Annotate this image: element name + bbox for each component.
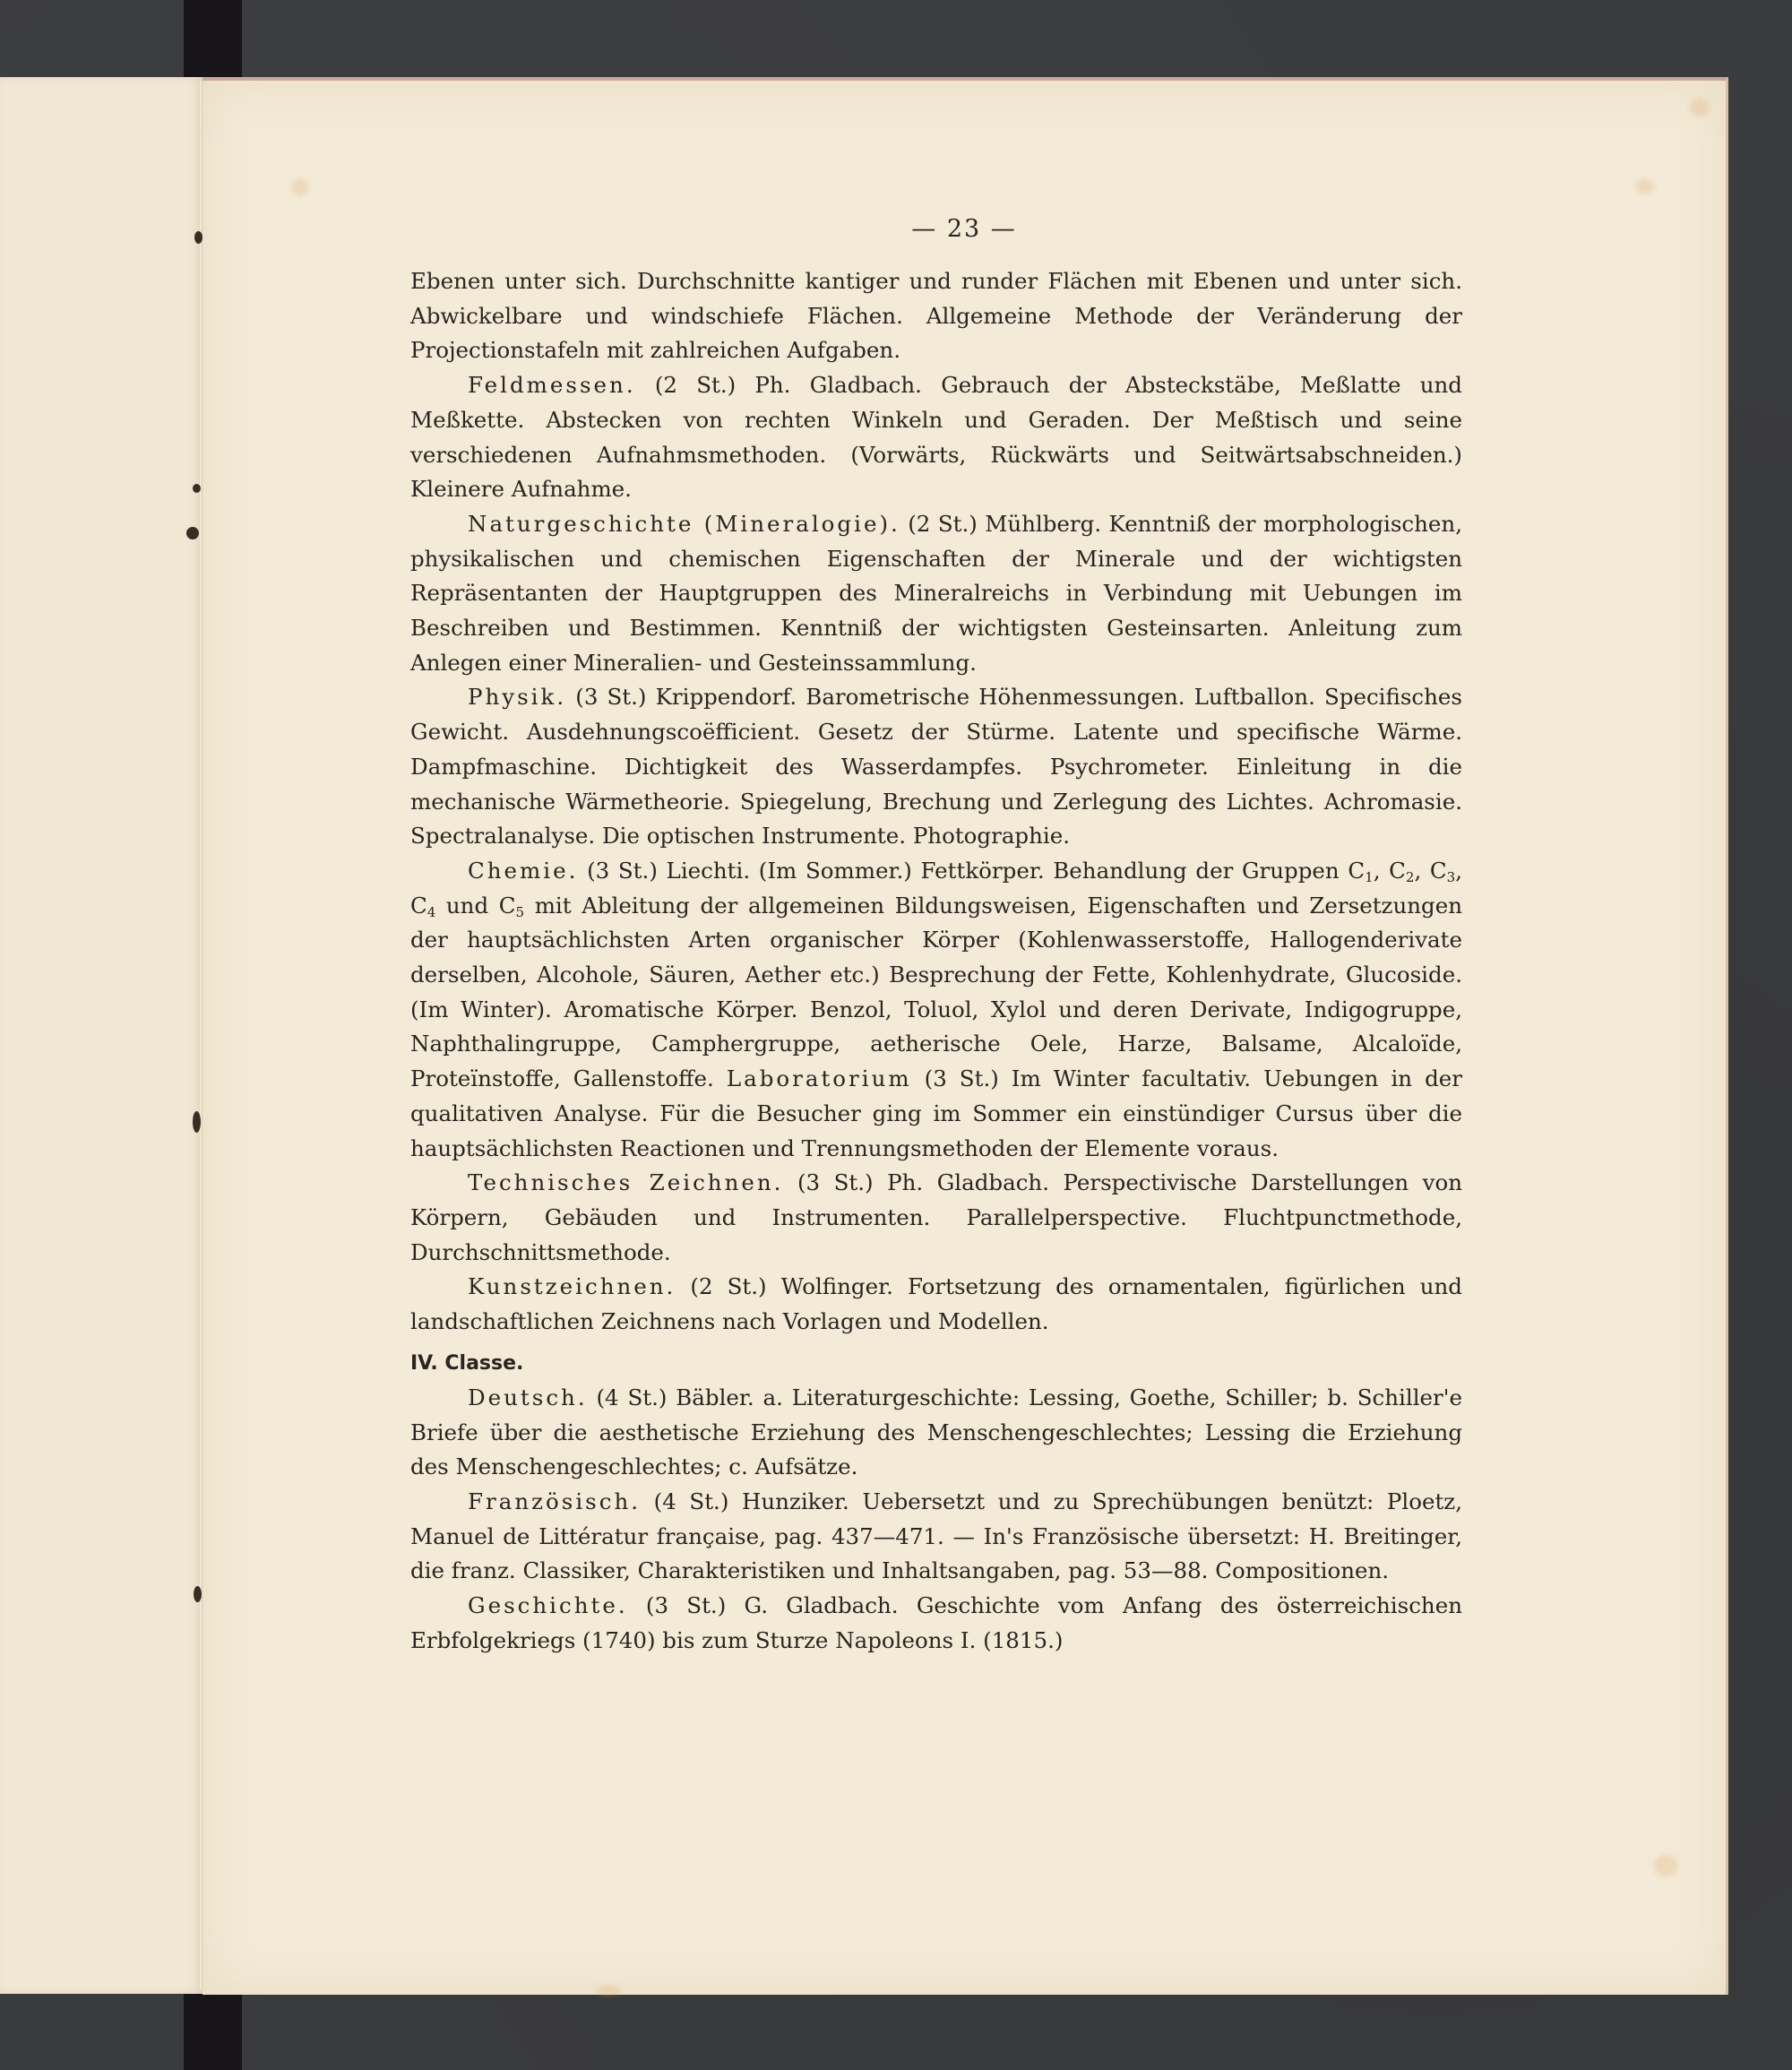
paragraph-technisches-zeichnen: Technisches Zeichnen. (3 St.) Ph. Gladba… [410,1166,1462,1270]
page-number: — 23 — [202,215,1726,243]
subject-title: Deutsch. [468,1384,588,1410]
paragraph-text: (3 St.) Liechti. (Im Sommer.) Fettkörper… [587,858,1340,884]
foxing-stain [1636,179,1654,194]
paragraph-text: Ebenen unter sich. Durchschnitte kantige… [410,268,1462,363]
paragraph-deutsch: Deutsch. (4 St.) Bäbler. a. Literaturges… [410,1381,1462,1485]
document-page: — 23 — Ebenen unter sich. Durchschnitte … [202,77,1728,1995]
left-page [0,77,202,1994]
page-body: Ebenen unter sich. Durchschnitte kantige… [410,264,1462,1658]
subject-title: Chemie. [468,858,578,884]
binding-stitch-icon [194,1586,202,1602]
paragraph-franzoesisch: Französisch. (4 St.) Hunziker. Uebersetz… [410,1485,1462,1589]
foxing-stain [1654,1855,1677,1876]
subject-title: Laboratorium [727,1065,912,1091]
subject-title: Naturgeschichte (Mineralogie). [468,511,900,537]
binding-stitch-icon [186,527,199,539]
foxing-stain [597,1985,620,1996]
paragraph-kunstzeichnen: Kunstzeichnen. (2 St.) Wolfinger. Fortse… [410,1270,1462,1339]
foxing-stain [292,179,308,195]
binding-stitch-icon [194,231,202,244]
binding-stitch-icon [193,484,201,493]
paragraph-feldmessen: Feldmessen. (2 St.) Ph. Gladbach. Gebrau… [410,368,1462,507]
subject-title: Kunstzeichnen. [468,1273,676,1299]
paragraph-chemie: Chemie. (3 St.) Liechti. (Im Sommer.) Fe… [410,854,1462,1166]
subject-title: Französisch. [468,1488,641,1514]
foxing-stain [1690,99,1710,116]
subject-title: Physik. [468,684,566,710]
section-heading: IV. Classe. [410,1347,1462,1381]
paragraph-text: mit Ableitung der allgemeinen Bildungswe… [410,893,1462,1092]
subject-title: Geschichte. [468,1592,628,1618]
paragraph-geschichte: Geschichte. (3 St.) G. Gladbach. Geschic… [410,1589,1462,1658]
paragraph-physik: Physik. (3 St.) Krippendorf. Barometrisc… [410,680,1462,854]
paragraph-text: (3 St.) Krippendorf. Barometrische Höhen… [410,684,1462,849]
paragraph-naturgeschichte: Naturgeschichte (Mineralogie). (2 St.) M… [410,507,1462,681]
paragraph-continuation: Ebenen unter sich. Durchschnitte kantige… [410,264,1462,368]
subject-title: Technisches Zeichnen. [468,1169,783,1195]
binding-stitch-icon [193,1111,201,1133]
subject-title: Feldmessen. [468,372,636,398]
